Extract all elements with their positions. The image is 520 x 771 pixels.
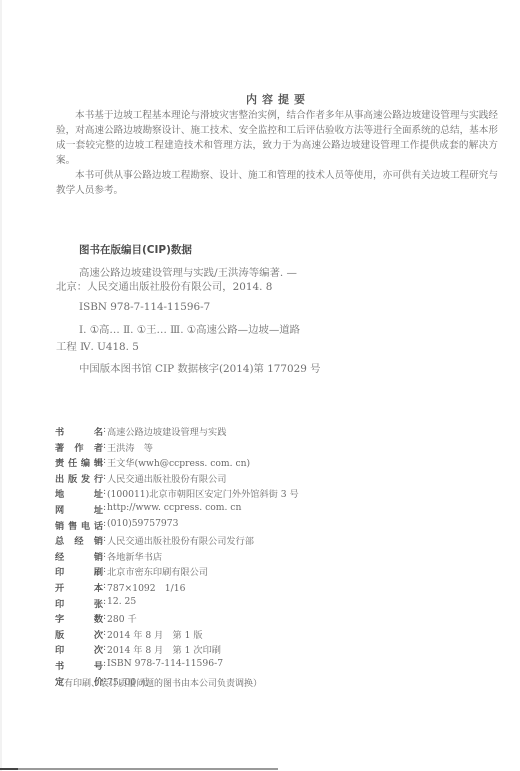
summary-paragraph-2: 本书可供从事公路边坡工程勘察、设计、施工和管理的技术人员等使用，亦可供有关边坡工… <box>56 168 498 198</box>
metadata-value: 人民交通出版社股份有限公司发行部 <box>107 533 254 547</box>
cip-isbn: ISBN 978-7-114-11596-7 <box>79 301 210 313</box>
metadata-value: 各地新华书店 <box>107 549 162 563</box>
metadata-value: ISBN 978-7-114-11596-7 <box>107 658 223 672</box>
summary-body: 本书基于边坡工程基本理论与滑坡灾害整治实例，结合作者多年从事高速公路边坡建设管理… <box>56 108 498 198</box>
metadata-label: 书名 <box>55 424 103 438</box>
metadata-row: 责任编辑:王文华(wwh@ccpress. com. cn) <box>55 455 250 469</box>
metadata-row: 总经销:人民交通出版社股份有限公司发行部 <box>55 533 254 547</box>
quality-note: （有印刷、装订质量问题的图书由本公司负责调换） <box>55 676 262 689</box>
metadata-label: 印张 <box>55 596 103 610</box>
metadata-value: 12. 25 <box>107 596 136 610</box>
metadata-value: 2014 年 8 月 第 1 版 <box>107 627 203 641</box>
cip-classification-1: Ⅰ. ①高… Ⅱ. ①王… Ⅲ. ①高速公路—边坡—道路 <box>79 321 300 336</box>
metadata-row: 地址:(100011)北京市朝阳区安定门外外馆斜街 3 号 <box>55 486 299 500</box>
metadata-label: 出版发行 <box>55 471 103 485</box>
cip-number: 中国版本图书馆 CIP 数据核字(2014)第 177029 号 <box>79 360 321 375</box>
metadata-label: 著作者 <box>55 440 103 454</box>
metadata-row: 印次:2014 年 8 月 第 1 次印刷 <box>55 642 221 656</box>
metadata-label: 网址 <box>55 502 103 516</box>
metadata-label: 销售电话 <box>55 518 103 532</box>
cip-heading: 图书在版编目(CIP)数据 <box>79 242 192 257</box>
metadata-row: 印张:12. 25 <box>55 596 136 610</box>
metadata-row: 著作者:王洪涛 等 <box>55 440 153 454</box>
metadata-value: 280 千 <box>107 611 137 625</box>
metadata-label: 地址 <box>55 486 103 500</box>
metadata-label: 印次 <box>55 642 103 656</box>
metadata-value: 2014 年 8 月 第 1 次印刷 <box>107 642 221 656</box>
metadata-label: 印刷 <box>55 564 103 578</box>
bottom-rule <box>0 768 278 770</box>
metadata-row: 经销:各地新华书店 <box>55 549 162 563</box>
metadata-label: 经销 <box>55 549 103 563</box>
metadata-value: http://www. ccpress. com. cn <box>107 502 241 516</box>
metadata-row: 出版发行:人民交通出版社股份有限公司 <box>55 471 226 485</box>
metadata-value: 人民交通出版社股份有限公司 <box>107 471 226 485</box>
metadata-value: 王洪涛 等 <box>107 440 153 454</box>
metadata-value: 王文华(wwh@ccpress. com. cn) <box>107 455 250 469</box>
cip-classification-2: 工程 Ⅳ. U418. 5 <box>56 338 139 353</box>
metadata-label: 责任编辑 <box>55 455 103 469</box>
metadata-label: 总经销 <box>55 533 103 547</box>
metadata-label: 字数 <box>55 611 103 625</box>
cip-line-1: 高速公路边坡建设管理与实践/王洪涛等编著. — <box>79 264 297 279</box>
page-edge-shadow <box>0 0 2 771</box>
metadata-value: (010)59757973 <box>107 518 178 532</box>
summary-paragraph-1: 本书基于边坡工程基本理论与滑坡灾害整治实例，结合作者多年从事高速公路边坡建设管理… <box>56 108 498 168</box>
metadata-label: 书号 <box>55 658 103 672</box>
metadata-label: 版次 <box>55 627 103 641</box>
metadata-value: 北京市密东印刷有限公司 <box>107 564 208 578</box>
metadata-row: 销售电话:(010)59757973 <box>55 518 178 532</box>
metadata-row: 印刷:北京市密东印刷有限公司 <box>55 564 208 578</box>
metadata-row: 网址:http://www. ccpress. com. cn <box>55 502 241 516</box>
metadata-row: 书号:ISBN 978-7-114-11596-7 <box>55 658 223 672</box>
metadata-row: 开本:787×1092 1/16 <box>55 580 185 594</box>
metadata-value: 高速公路边坡建设管理与实践 <box>107 424 226 438</box>
bottom-rule-shadow <box>0 768 18 770</box>
metadata-row: 书名:高速公路边坡建设管理与实践 <box>55 424 226 438</box>
metadata-label: 开本 <box>55 580 103 594</box>
cip-line-2: 北京：人民交通出版社股份有限公司，2014. 8 <box>56 278 272 293</box>
metadata-value: (100011)北京市朝阳区安定门外外馆斜街 3 号 <box>107 486 299 500</box>
summary-title: 内容提要 <box>0 91 520 107</box>
metadata-row: 版次:2014 年 8 月 第 1 版 <box>55 627 203 641</box>
metadata-value: 787×1092 1/16 <box>107 580 185 594</box>
metadata-row: 字数:280 千 <box>55 611 137 625</box>
